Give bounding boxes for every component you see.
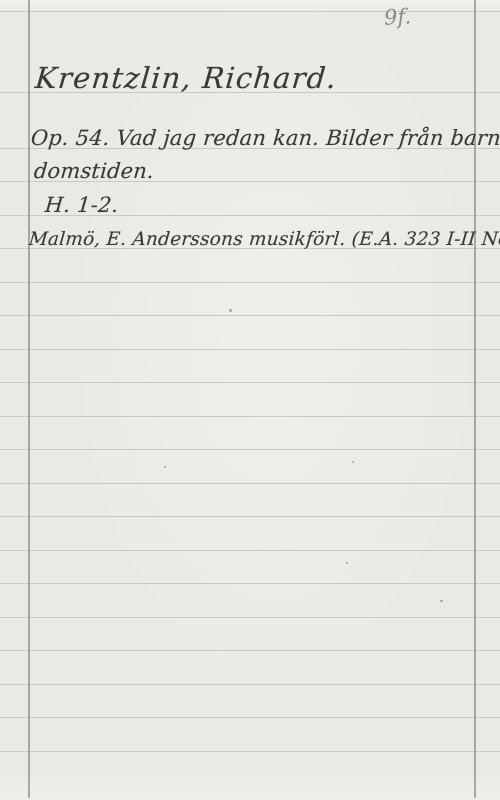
ruled-line [0, 751, 500, 752]
ruled-line [0, 617, 500, 618]
paper-speck [229, 309, 232, 312]
ruled-line [0, 650, 500, 651]
ruled-line [0, 550, 500, 551]
ruled-line [0, 282, 500, 283]
ruled-line [0, 449, 500, 450]
catalog-card: 9f. Krentzlin, Richard. Op. 54. Vad jag … [0, 0, 500, 800]
ruled-line [0, 684, 500, 685]
ruled-line [0, 516, 500, 517]
ruled-line [0, 717, 500, 718]
ruled-line [0, 416, 500, 417]
volumes-line: H. 1-2. [44, 195, 119, 216]
paper-speck [440, 600, 443, 602]
opus-title-line-1: Op. 54. Vad jag redan kan. Bilder från b… [30, 128, 500, 149]
imprint-line: Malmö, E. Anderssons musikförl. (E.A. 32… [28, 231, 500, 250]
ruled-line [0, 11, 500, 12]
ruled-line [0, 349, 500, 350]
author-heading: Krentzlin, Richard. [34, 64, 338, 93]
shelf-mark-annotation: 9f. [383, 6, 411, 28]
paper-speck [352, 461, 354, 463]
opus-title-line-2: domstiden. [33, 161, 155, 182]
ruled-lines-layer [0, 0, 500, 800]
right-margin-line [474, 0, 476, 798]
paper-speck [346, 562, 348, 564]
ruled-line [0, 583, 500, 584]
left-margin-line [28, 0, 30, 798]
ruled-line [0, 315, 500, 316]
ruled-line [0, 483, 500, 484]
ruled-line [0, 382, 500, 383]
paper-speck [164, 466, 166, 468]
